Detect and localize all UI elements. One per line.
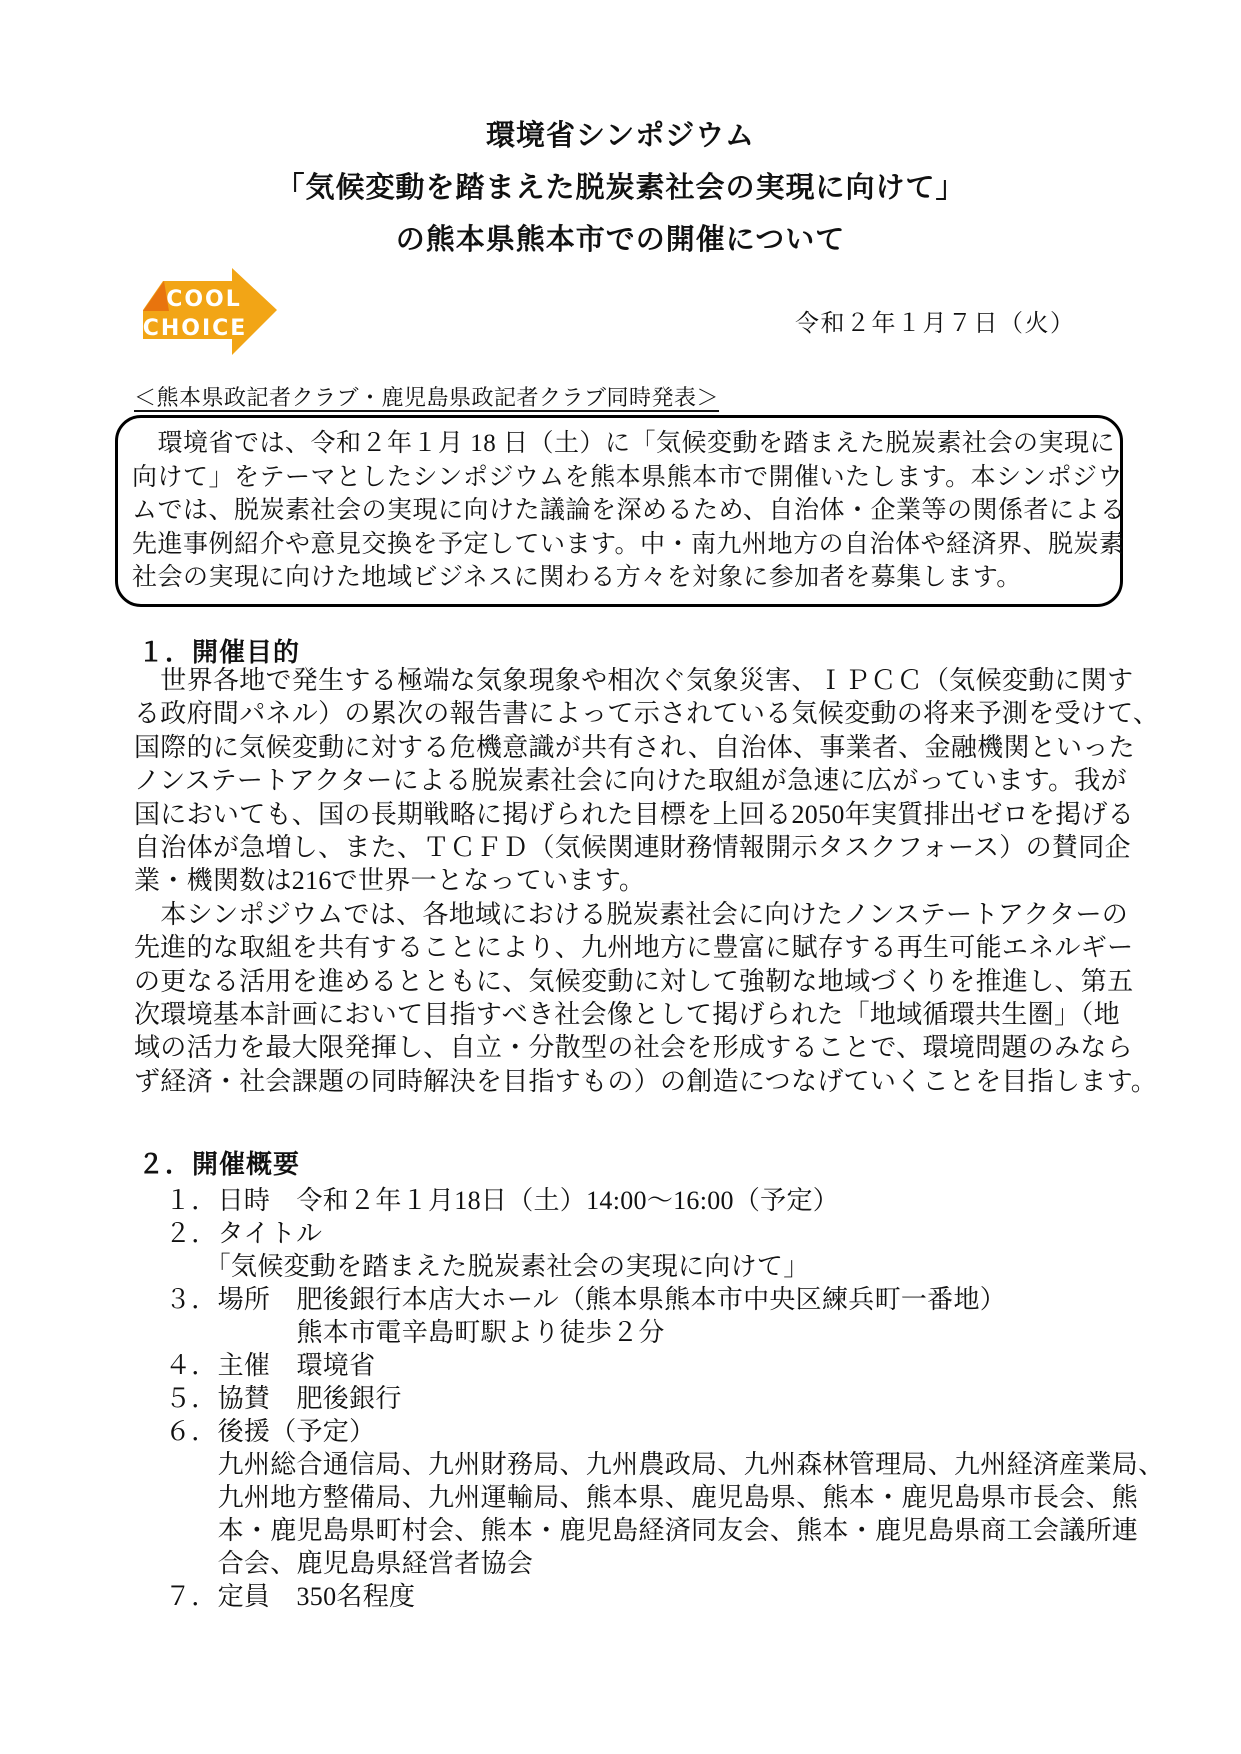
text-line: 先進事例紹介や意見交換を予定しています。中・南九州地方の自治体や経済界、脱炭素 <box>132 528 1106 562</box>
summary-box: 環境省では、令和２年１月 18 日（土）に「気候変動を踏まえた脱炭素社会の実現に… <box>115 415 1123 607</box>
text-line: 先進的な取組を共有することにより、九州地方に豊富に賦存する再生可能エネルギー <box>134 931 1159 964</box>
text-line: 九州地方整備局、九州運輸局、熊本県、鹿児島県、熊本・鹿児島県市長会、熊 <box>165 1481 1164 1514</box>
text-line: 熊本市電辛島町駅より徒歩２分 <box>165 1316 1164 1349</box>
page-title: 環境省シンポジウム「気候変動を踏まえた脱炭素社会の実現に向けて」の熊本県熊本市で… <box>0 110 1241 266</box>
text-line: ７．定員 350名程度 <box>165 1580 1164 1613</box>
text-line: 国際的に気候変動に対する危機意識が共有され、自治体、事業者、金融機関といった <box>134 731 1159 764</box>
text-line: 世界各地で発生する極端な気象現象や相次ぐ気象災害、ＩＰＣＣ（気候変動に関す <box>134 664 1159 697</box>
text-line: 「気候変動を踏まえた脱炭素社会の実現に向けて」 <box>165 1250 1164 1283</box>
cool-choice-arrow-icon: COOL CHOICE <box>125 248 315 373</box>
text-line: 本・鹿児島県町村会、熊本・鹿児島経済同友会、熊本・鹿児島県商工会議所連 <box>165 1514 1164 1547</box>
cool-choice-logo: COOL CHOICE <box>125 248 315 373</box>
text-line: ２．タイトル <box>165 1217 1164 1250</box>
text-line: 社会の実現に向けた地域ビジネスに関わる方々を対象に参加者を募集します。 <box>132 561 1106 595</box>
text-line: 環境省では、令和２年１月 18 日（土）に「気候変動を踏まえた脱炭素社会の実現に <box>132 427 1106 461</box>
release-date: 令和２年１月７日（火） <box>795 303 1076 338</box>
press-release-page: { "header": { "title_lines": [ "環境省シンポジウ… <box>0 0 1241 1754</box>
press-club-announcement: ＜熊本県政記者クラブ・鹿児島県政記者クラブ同時発表＞ <box>134 381 719 412</box>
text-line: ノンステートアクターによる脱炭素社会に向けた取組が急速に広がっています。我が <box>134 764 1159 797</box>
logo-text-cool: COOL <box>166 287 242 312</box>
text-line: 本シンポジウムでは、各地域における脱炭素社会に向けたノンステートアクターの <box>134 898 1159 931</box>
text-line: 環境省シンポジウム <box>0 110 1241 162</box>
text-line: ６．後援（予定） <box>165 1415 1164 1448</box>
section-1-body: 世界各地で発生する極端な気象現象や相次ぐ気象災害、ＩＰＣＣ（気候変動に関する政府… <box>134 664 1159 1098</box>
text-line: 次環境基本計画において目指すべき社会像として掲げられた「地域循環共生圏」（地 <box>134 998 1159 1031</box>
text-line: る政府間パネル）の累次の報告書によって示されている気候変動の将来予測を受けて、 <box>134 697 1159 730</box>
section-2-heading: ２．開催概要 <box>138 1144 300 1181</box>
text-line: 業・機関数は216で世界一となっています。 <box>134 864 1159 897</box>
section-2-body: １．日時 令和２年１月18日（土）14:00～16:00（予定）２．タイトル 「… <box>165 1184 1164 1613</box>
text-line: ず経済・社会課題の同時解決を目指すもの）の創造につなげていくことを目指します。 <box>134 1065 1159 1098</box>
text-line: ムでは、脱炭素社会の実現に向けた議論を深めるため、自治体・企業等の関係者による <box>132 494 1106 528</box>
text-line: ３．場所 肥後銀行本店大ホール（熊本県熊本市中央区練兵町一番地） <box>165 1283 1164 1316</box>
text-line: 九州総合通信局、九州財務局、九州農政局、九州森林管理局、九州経済産業局、 <box>165 1448 1164 1481</box>
text-line: １．日時 令和２年１月18日（土）14:00～16:00（予定） <box>165 1184 1164 1217</box>
text-line: ５．協賛 肥後銀行 <box>165 1382 1164 1415</box>
text-line: 向けて」をテーマとしたシンポジウムを熊本県熊本市で開催いたします。本シンポジウ <box>132 461 1106 495</box>
logo-text-choice: CHOICE <box>143 316 248 341</box>
text-line: 域の活力を最大限発揮し、自立・分散型の社会を形成することで、環境問題のみなら <box>134 1031 1159 1064</box>
text-line: ４．主催 環境省 <box>165 1349 1164 1382</box>
text-line: の更なる活用を進めるとともに、気候変動に対して強靭な地域づくりを推進し、第五 <box>134 965 1159 998</box>
text-line: 国においても、国の長期戦略に掲げられた目標を上回る2050年実質排出ゼロを掲げる <box>134 798 1159 831</box>
text-line: 合会、鹿児島県経営者協会 <box>165 1547 1164 1580</box>
text-line: 「気候変動を踏まえた脱炭素社会の実現に向けて」 <box>0 162 1241 214</box>
text-line: 自治体が急増し、また、ＴＣＦＤ（気候関連財務情報開示タスクフォース）の賛同企 <box>134 831 1159 864</box>
